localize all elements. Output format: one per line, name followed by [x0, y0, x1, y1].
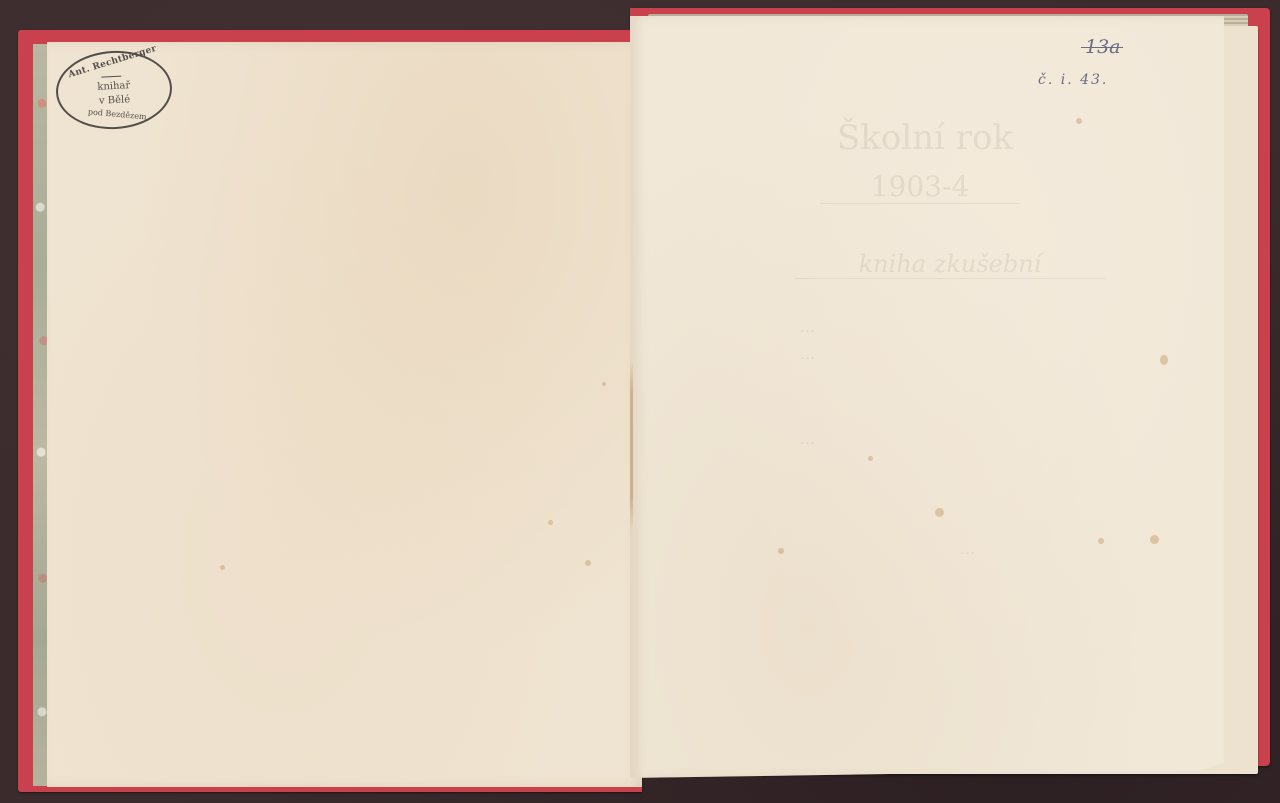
- bleed-through-line: …: [800, 345, 1180, 363]
- bleed-through-line: …: [960, 540, 1280, 558]
- bleed-through-line: …: [800, 318, 1180, 336]
- gutter-tear-mark: [630, 360, 633, 530]
- bleed-through-title: Školní rok: [780, 118, 1070, 158]
- bleed-through-year: 1903-4: [820, 170, 1020, 204]
- stamp-region: pod Bezdězem: [67, 106, 167, 124]
- foxing-spot: [548, 520, 553, 525]
- foxing-spot: [778, 548, 784, 554]
- inventory-number: č. i. 43.: [1038, 72, 1108, 88]
- foxing-spot: [220, 565, 225, 570]
- struck-shelf-mark: 13a: [1085, 36, 1121, 58]
- foxing-spot: [1076, 118, 1082, 124]
- foxing-spot: [602, 382, 606, 386]
- bleed-through-line: …: [800, 430, 1180, 448]
- bleed-through-subtitle: kniha zkušební: [795, 250, 1105, 279]
- stamp-divider: [101, 76, 121, 78]
- foxing-spot: [868, 456, 873, 461]
- left-endpaper-page: [47, 42, 642, 787]
- foxing-spot: [935, 508, 944, 517]
- foxing-spot: [585, 560, 591, 566]
